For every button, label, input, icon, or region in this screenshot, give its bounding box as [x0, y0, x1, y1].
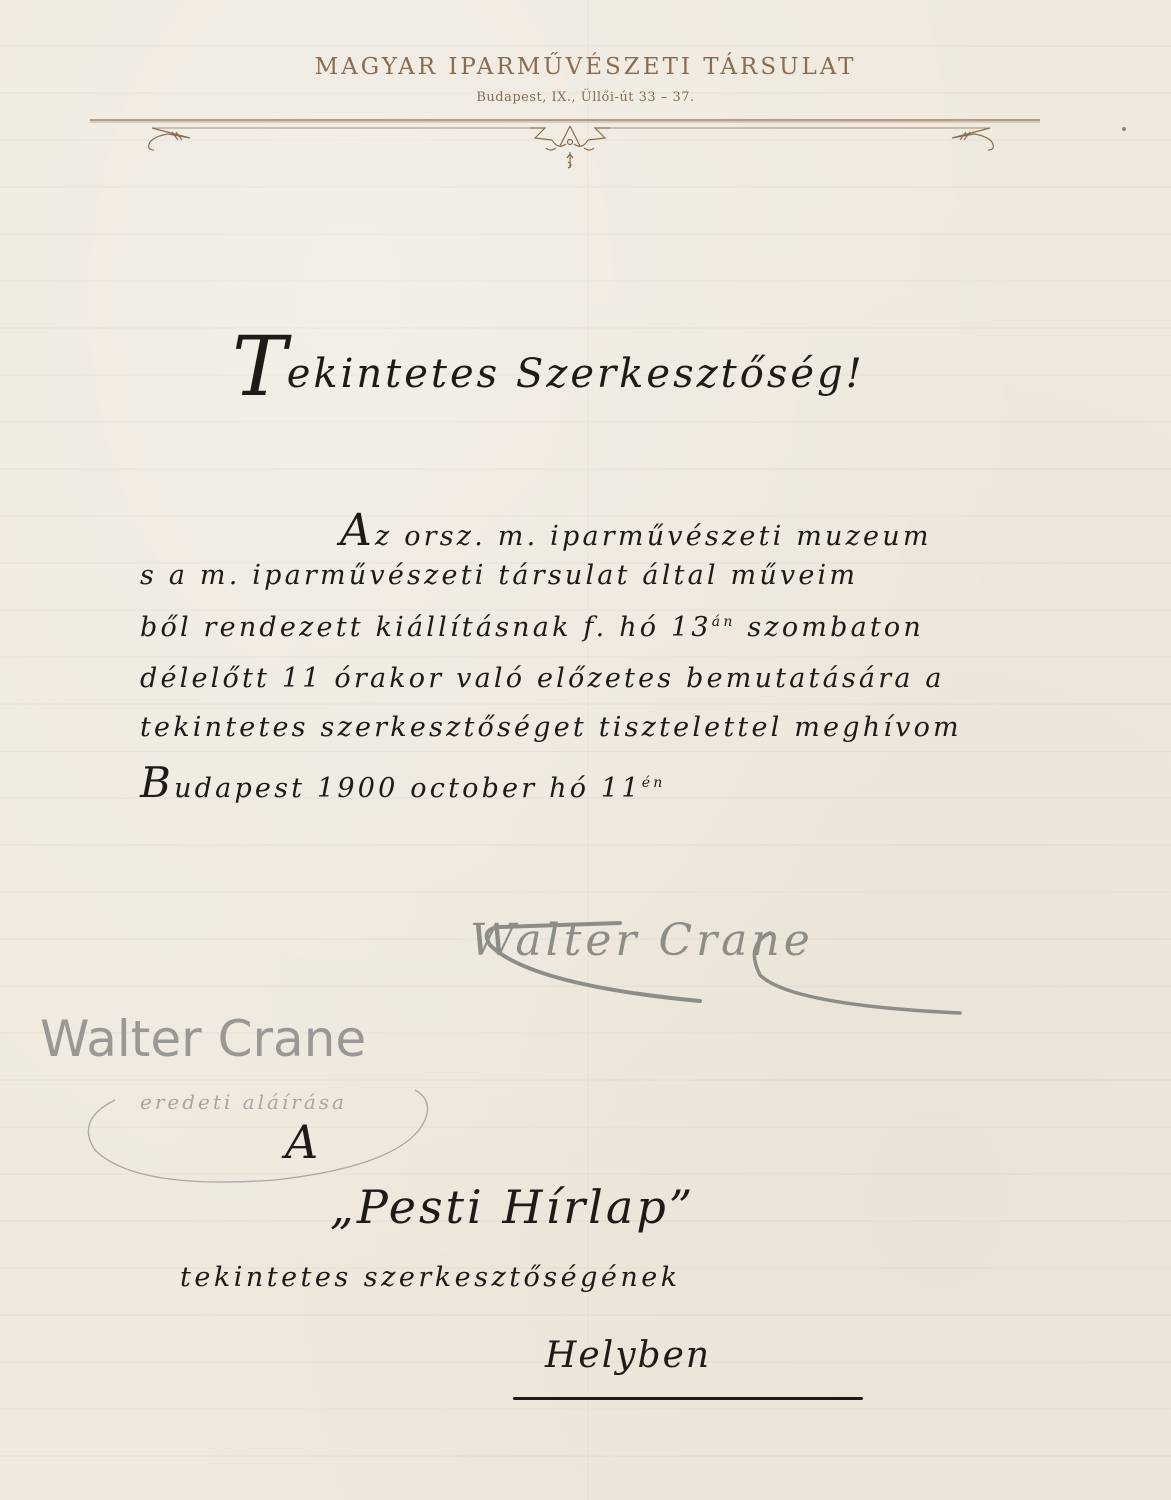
- salutation-initial: T: [232, 320, 287, 415]
- paper-speck: [1122, 127, 1126, 131]
- body-line-date: Budapest 1900 october hó 11én: [140, 758, 665, 807]
- body-initial: A: [340, 505, 375, 556]
- body-text: szombaton: [736, 612, 924, 643]
- body-line-2: s a m. iparművészeti társulat által műve…: [140, 560, 858, 591]
- decorative-rule-ornament-icon: [90, 112, 1050, 172]
- body-line-5: tekintetes szerkesztőséget tisztelettel …: [140, 712, 962, 743]
- body-line-4: délelőtt 11 órakor való előzetes bemutat…: [140, 663, 945, 694]
- salutation: Tekintetes Szerkesztőség!: [232, 320, 865, 415]
- signature: Walter Crane: [470, 915, 814, 966]
- body-text: délelőtt 11 órakor való előzetes bemutat…: [140, 663, 945, 694]
- pencil-oval-icon: [75, 1080, 435, 1185]
- fold-crease-horizontal: [0, 750, 1171, 752]
- body-text: z orsz. m. iparművészeti muzeum: [375, 521, 932, 552]
- letterhead-address: Budapest, IX., Üllői-út 33 – 37.: [0, 90, 1171, 105]
- body-text: ből rendezett kiállításnak f. hó 13: [140, 612, 712, 643]
- body-text: udapest 1900 october hó 11: [174, 773, 642, 804]
- recipient-name: „Pesti Hírlap”: [330, 1180, 695, 1234]
- body-text: s a m. iparművészeti társulat által műve…: [140, 560, 858, 591]
- salutation-text: ekintetes Szerkesztőség!: [287, 351, 865, 397]
- body-superscript: én: [642, 775, 666, 791]
- recipient-place: Helyben: [545, 1335, 711, 1376]
- recipient-line: tekintetes szerkesztőségének: [180, 1262, 681, 1293]
- pencil-annotation-name: Walter Crane: [40, 1010, 366, 1068]
- body-line-3: ből rendezett kiállításnak f. hó 13án sz…: [140, 612, 924, 643]
- body-line-1: Az orsz. m. iparművészeti muzeum: [340, 505, 932, 556]
- recipient-prefix: A: [285, 1115, 318, 1169]
- body-text: tekintetes szerkesztőséget tisztelettel …: [140, 712, 962, 743]
- place-underline: [513, 1397, 863, 1400]
- letter-page: MAGYAR IPARMŰVÉSZETI TÁRSULAT Budapest, …: [0, 0, 1171, 1500]
- body-initial: B: [140, 758, 174, 807]
- body-superscript: án: [712, 614, 736, 630]
- letterhead-title: MAGYAR IPARMŰVÉSZETI TÁRSULAT: [0, 54, 1171, 80]
